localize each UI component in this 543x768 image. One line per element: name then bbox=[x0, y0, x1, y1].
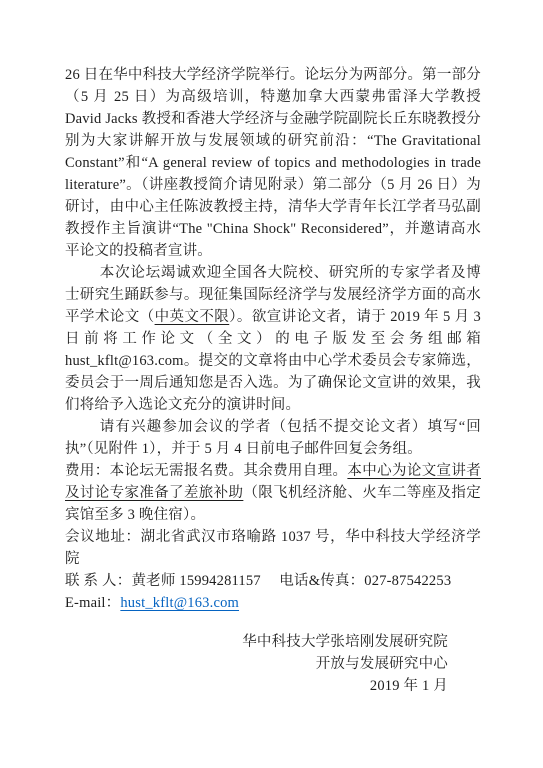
document-page: 26 日在华中科技大学经济学院举行。论坛分为两部分。第一部分（5 月 25 日）… bbox=[0, 0, 543, 768]
signature-block: 华中科技大学张培刚发展研究院 开放与发展研究中心 2019 年 1 月 bbox=[65, 631, 481, 697]
signature-date: 2019 年 1 月 bbox=[65, 675, 448, 697]
paragraph-fees: 费用：本论坛无需报名费。其余费用自理。本中心为论文宣讲者及讨论专家准备了差旅补助… bbox=[65, 460, 481, 526]
underlined-language-note: 中英文不限 bbox=[155, 309, 230, 325]
text-run: 26 日在华中科技大学经济学院举行。论坛分为两部分。第一部分（5 月 25 日）… bbox=[65, 67, 481, 259]
paragraph-forum-overview: 26 日在华中科技大学经济学院举行。论坛分为两部分。第一部分（5 月 25 日）… bbox=[65, 64, 481, 262]
paragraph-email: E-mail：hust_kflt@163.com bbox=[65, 592, 481, 614]
text-run: 请有兴趣参加会议的学者（包括不提交论文者）填写“回执”（见附件 1），并于 5 … bbox=[65, 419, 481, 457]
document-content: 26 日在华中科技大学经济学院举行。论坛分为两部分。第一部分（5 月 25 日）… bbox=[65, 64, 481, 697]
paragraph-contact-person: 联 系 人：黄老师 15994281157 电话&传真：027-87542253 bbox=[65, 570, 481, 592]
text-run: 费用：本论坛无需报名费。其余费用自理。 bbox=[65, 463, 347, 479]
paragraph-venue-address: 会议地址：湖北省武汉市珞喻路 1037 号，华中科技大学经济学院 bbox=[65, 526, 481, 570]
signature-institute: 华中科技大学张培刚发展研究院 bbox=[65, 631, 448, 653]
text-run: 会议地址：湖北省武汉市珞喻路 1037 号，华中科技大学经济学院 bbox=[65, 529, 481, 567]
signature-center: 开放与发展研究中心 bbox=[65, 653, 448, 675]
paragraph-reply-request: 请有兴趣参加会议的学者（包括不提交论文者）填写“回执”（见附件 1），并于 5 … bbox=[65, 416, 481, 460]
text-run: E-mail： bbox=[65, 595, 120, 611]
email-link[interactable]: hust_kflt@163.com bbox=[120, 595, 239, 611]
paragraph-call-for-papers: 本次论坛竭诚欢迎全国各大院校、研究所的专家学者及博士研究生踊跃参与。现征集国际经… bbox=[65, 262, 481, 416]
text-run: 联 系 人：黄老师 15994281157 电话&传真：027-87542253 bbox=[65, 573, 451, 589]
